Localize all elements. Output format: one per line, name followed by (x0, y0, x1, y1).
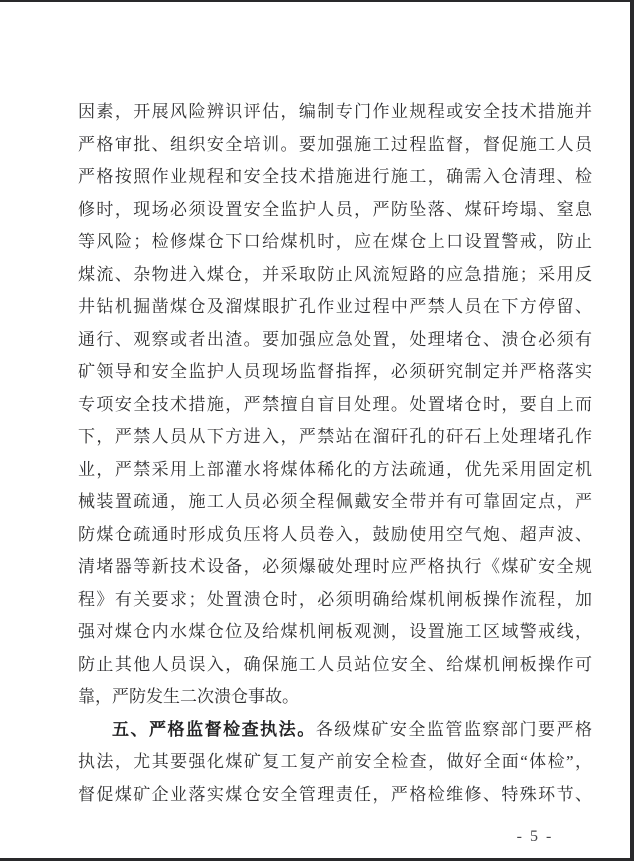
text-line: 防煤仓疏通时形成负压将人员卷入，鼓励使用空气炮、超声波、 (78, 519, 592, 552)
text-line: 通行、观察或者出渣。要加强应急处置，处理堵仓、溃仓必须有 (78, 324, 592, 357)
section-heading: 五、严格监督检查执法。 (112, 720, 316, 739)
text-line: 煤流、杂物进入煤仓，并采取防止风流短路的应急措施；采用反 (78, 259, 592, 292)
text-line: 井钻机掘凿煤仓及溜煤眼扩孔作业过程中严禁人员在下方停留、 (78, 291, 592, 324)
text-line: 严格按照作业规程和安全技术措施进行施工，确需入仓清理、检 (78, 161, 592, 194)
text-line: 五、严格监督检查执法。各级煤矿安全监管监察部门要严格 (78, 714, 592, 747)
scan-edge-top (0, 0, 634, 2)
scan-edge-right (630, 0, 634, 861)
text-line: 防止其他人员误入，确保施工人员站位安全、给煤机闸板操作可 (78, 649, 592, 682)
page-number: - 5 - (500, 828, 570, 846)
text-line: 械装置疏通，施工人员必须全程佩戴安全带并有可靠固定点，严 (78, 486, 592, 519)
text-line: 因素，开展风险辨识评估，编制专门作业规程或安全技术措施并 (78, 96, 592, 129)
text-line: 靠，严防发生二次溃仓事故。 (78, 681, 592, 714)
text-line: 清堵器等新技术设备，必须爆破处理时应严格执行《煤矿安全规 (78, 551, 592, 584)
text-line: 业，严禁采用上部灌水将煤体稀化的方法疏通，优先采用固定机 (78, 454, 592, 487)
text-line: 程》有关要求；处置溃仓时，必须明确给煤机闸板操作流程，加 (78, 584, 592, 617)
text-line: 矿领导和安全监护人员现场监督指挥，必须研究制定并严格落实 (78, 356, 592, 389)
text-line: 等风险；检修煤仓下口给煤机时，应在煤仓上口设置警戒，防止 (78, 226, 592, 259)
text-line: 专项安全技术措施，严禁擅自盲目处理。处置堵仓时，要自上而 (78, 389, 592, 422)
text-line: 严格审批、组织安全培训。要加强施工过程监督，督促施工人员 (78, 129, 592, 162)
text-line: 执法，尤其要强化煤矿复工复产前安全检查，做好全面“体检”， (78, 746, 592, 779)
text-line: 强对煤仓内水煤仓位及给煤机闸板观测，设置施工区域警戒线， (78, 616, 592, 649)
text-block: 因素，开展风险辨识评估，编制专门作业规程或安全技术措施并严格审批、组织安全培训。… (78, 96, 592, 811)
text-line: 修时，现场必须设置安全监护人员，严防坠落、煤矸垮塌、窒息 (78, 194, 592, 227)
scanned-document-page: { "page": { "background": "#ffffff", "ed… (0, 0, 634, 861)
text-line: 督促煤矿企业落实煤仓安全管理责任，严格检维修、特殊环节、 (78, 779, 592, 812)
text-line: 下，严禁人员从下方进入，严禁站在溜矸孔的矸石上处理堵孔作 (78, 421, 592, 454)
